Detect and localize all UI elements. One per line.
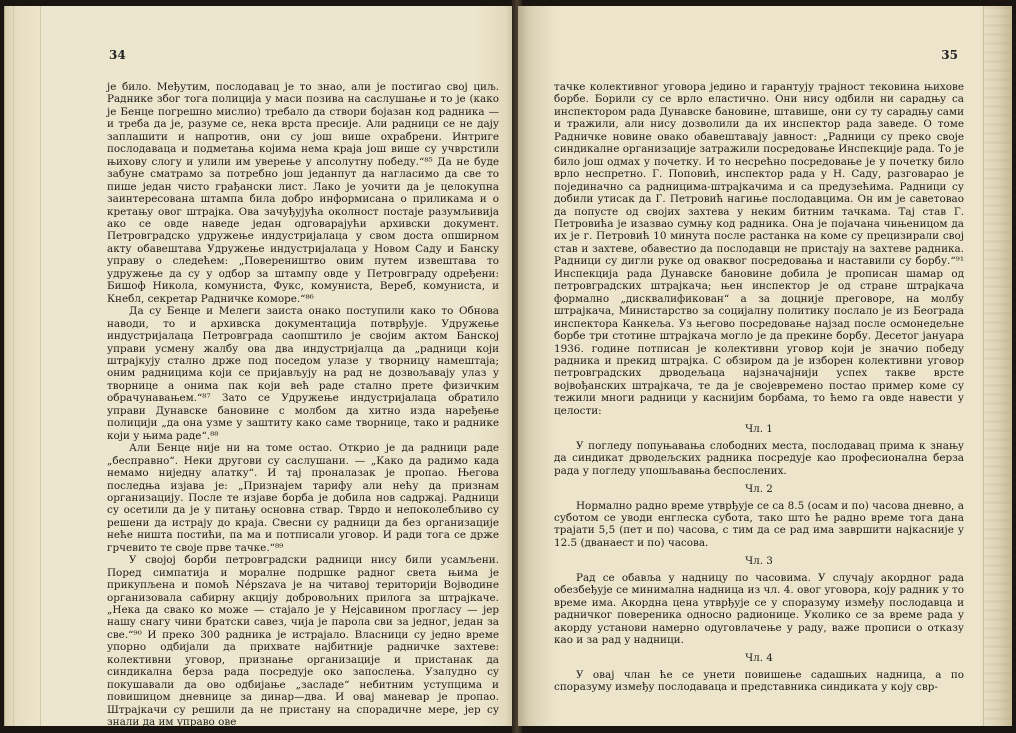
paragraph: је било. Међутим, послодавац је то знао,… — [107, 81, 499, 305]
article-heading-2: Чл. 2 — [554, 483, 964, 495]
right-page-body: тачке колективног уговора једино и гаран… — [554, 81, 964, 694]
article-text-2: Нормално радно време утврђује се са 8.5 … — [554, 500, 964, 550]
article-text-3: Рад се обавља у надницу по часовима. У с… — [554, 572, 964, 647]
page-edge-lines — [983, 6, 1010, 726]
open-book-scan: 34 је било. Међутим, послодавац је то зн… — [0, 0, 1016, 733]
article-heading-1: Чл. 1 — [554, 423, 964, 435]
article-heading-3: Чл. 3 — [554, 555, 964, 567]
left-page-body: је било. Међутим, послодавац је то знао,… — [107, 81, 499, 729]
paragraph: тачке колективног уговора једино и гаран… — [554, 81, 964, 417]
page-number-right: 35 — [941, 48, 958, 62]
right-page: 35 тачке колективног уговора једино и га… — [518, 6, 1012, 726]
page-number-left: 34 — [109, 48, 126, 62]
page-edge-lines — [13, 6, 41, 726]
paragraph: У својој борби петровградски радници нис… — [107, 554, 499, 728]
paragraph: Да су Бенце и Мелеги заиста онако поступ… — [107, 305, 499, 442]
paragraph: Али Бенце није ни на томе остао. Открио … — [107, 442, 499, 554]
left-page: 34 је било. Међутим, послодавац је то зн… — [4, 6, 514, 726]
article-heading-4: Чл. 4 — [554, 652, 964, 664]
article-text-1: У погледу попуњавања слободних места, по… — [554, 440, 964, 477]
article-text-4: У овај члан ће се унети повишење садашњи… — [554, 669, 964, 694]
